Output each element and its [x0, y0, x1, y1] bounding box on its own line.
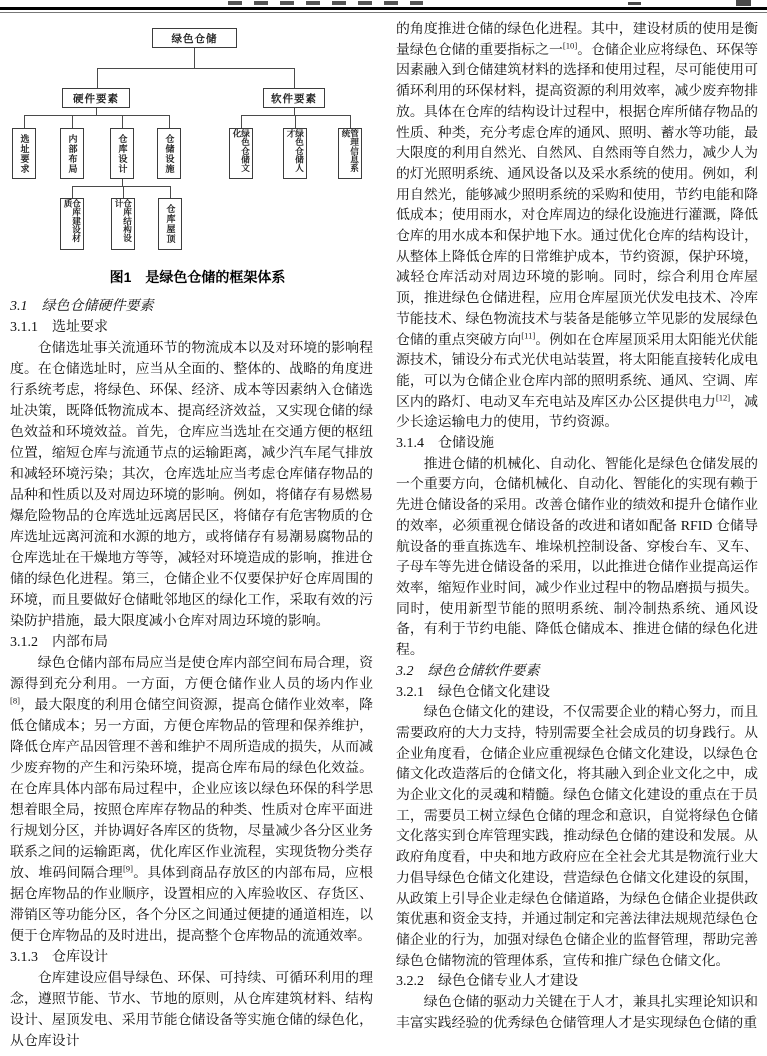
subsection-heading-3-1-2: 3.1.2 内部布局 — [10, 632, 373, 653]
node-warehouse-design: 仓库设计 — [110, 128, 134, 179]
node-green-warehousing-talent: 绿色仓储人才 — [283, 128, 307, 179]
paragraph-site-selection: 仓储选址事关流通环节的物流成本以及对环境的影响程度。在仓储选址时，应当从全面的、… — [10, 338, 373, 632]
right-column: 的角度推进仓储的绿色化进程。其中，建设材质的使用是衡量绿色仓储的重要指标之一[1… — [396, 20, 758, 1034]
paragraph-culture-building: 绿色仓储文化的建设，不仅需要企业的精心努力，而且需要政府的大力支持，特别需要全社… — [396, 703, 758, 972]
node-structure-design: 仓库结构设计 — [111, 198, 135, 250]
connector-line — [194, 48, 195, 68]
connector-line — [123, 186, 124, 198]
connector-line — [241, 115, 351, 116]
section-heading-3-2: 3.2 绿色仓储软件要素 — [396, 662, 758, 683]
subsection-heading-3-1-4: 3.1.4 仓储设施 — [396, 434, 758, 455]
node-site-selection: 选址要求 — [12, 128, 36, 179]
connector-line — [294, 68, 295, 88]
node-construction-material: 仓库建设材质 — [60, 198, 84, 250]
node-software-elements: 软件要素 — [263, 88, 325, 108]
connector-line — [169, 115, 170, 128]
section-heading-3-1: 3.1 绿色仓储硬件要素 — [10, 296, 373, 317]
paragraph-talent-building: 绿色仓储的驱动力关键在于人才，兼具扎实理论知识和丰富实践经验的优秀绿色仓储管理人… — [396, 993, 758, 1034]
header-rule-thin — [0, 12, 767, 13]
connector-line — [350, 115, 351, 128]
node-warehouse-roof: 仓库屋顶 — [158, 198, 182, 250]
node-management-info-system: 管理信息系统 — [338, 128, 362, 179]
paragraph-warehouse-design-continued: 的角度推进仓储的绿色化进程。其中，建设材质的使用是衡量绿色仓储的重要指标之一[1… — [396, 20, 758, 434]
cropped-header-page-number — [736, 0, 751, 6]
node-green-warehousing-culture: 绿色仓储文化 — [229, 128, 253, 179]
subsection-heading-3-1-1: 3.1.1 选址要求 — [10, 317, 373, 338]
paragraph-storage-facilities: 推进仓储的机械化、自动化、智能化是绿色仓储发展的一个重要方向，仓储机械化、自动化… — [396, 455, 758, 662]
node-storage-facilities: 仓储设施 — [157, 128, 181, 179]
connector-line — [122, 115, 123, 128]
connector-line — [72, 186, 73, 198]
connector-line — [24, 115, 170, 116]
figure-1-framework-diagram: 绿色仓储 硬件要素 软件要素 选址要求 内部布局 仓库设计 仓储设施 绿色仓储文… — [10, 22, 385, 296]
connector-line — [170, 186, 171, 198]
subsection-heading-3-2-2: 3.2.2 绿色仓储专业人才建设 — [396, 972, 758, 993]
node-green-warehousing: 绿色仓储 — [152, 28, 237, 48]
connector-line — [122, 179, 123, 186]
header-rule-thick — [0, 7, 767, 10]
connector-line — [241, 115, 242, 128]
paragraph-warehouse-design: 仓库建设应倡导绿色、环保、可持续、可循环利用的理念，遵照节能、节水、节地的原则，… — [10, 968, 373, 1052]
cropped-header-text — [628, 2, 641, 5]
node-hardware-elements: 硬件要素 — [62, 88, 130, 108]
connector-line — [72, 115, 73, 128]
connector-line — [97, 68, 295, 69]
connector-line — [24, 115, 25, 128]
connector-line — [72, 186, 170, 187]
figure-caption: 图1 是绿色仓储的框架体系 — [10, 267, 385, 287]
connector-line — [97, 68, 98, 88]
subsection-heading-3-1-3: 3.1.3 仓库设计 — [10, 947, 373, 968]
paragraph-internal-layout: 绿色仓储内部布局应当是使仓库内部空间布局合理，资源得到充分利用。一方面，方便仓储… — [10, 653, 373, 947]
subsection-heading-3-2-1: 3.2.1 绿色仓储文化建设 — [396, 683, 758, 704]
paper-page: { "figure": { "caption": "图1 是绿色仓储的框架体系"… — [0, 0, 767, 1056]
node-internal-layout: 内部布局 — [60, 128, 84, 179]
left-column: 绿色仓储 硬件要素 软件要素 选址要求 内部布局 仓库设计 仓储设施 绿色仓储文… — [10, 22, 373, 1052]
cropped-header-text — [228, 1, 423, 5]
connector-line — [295, 115, 296, 128]
